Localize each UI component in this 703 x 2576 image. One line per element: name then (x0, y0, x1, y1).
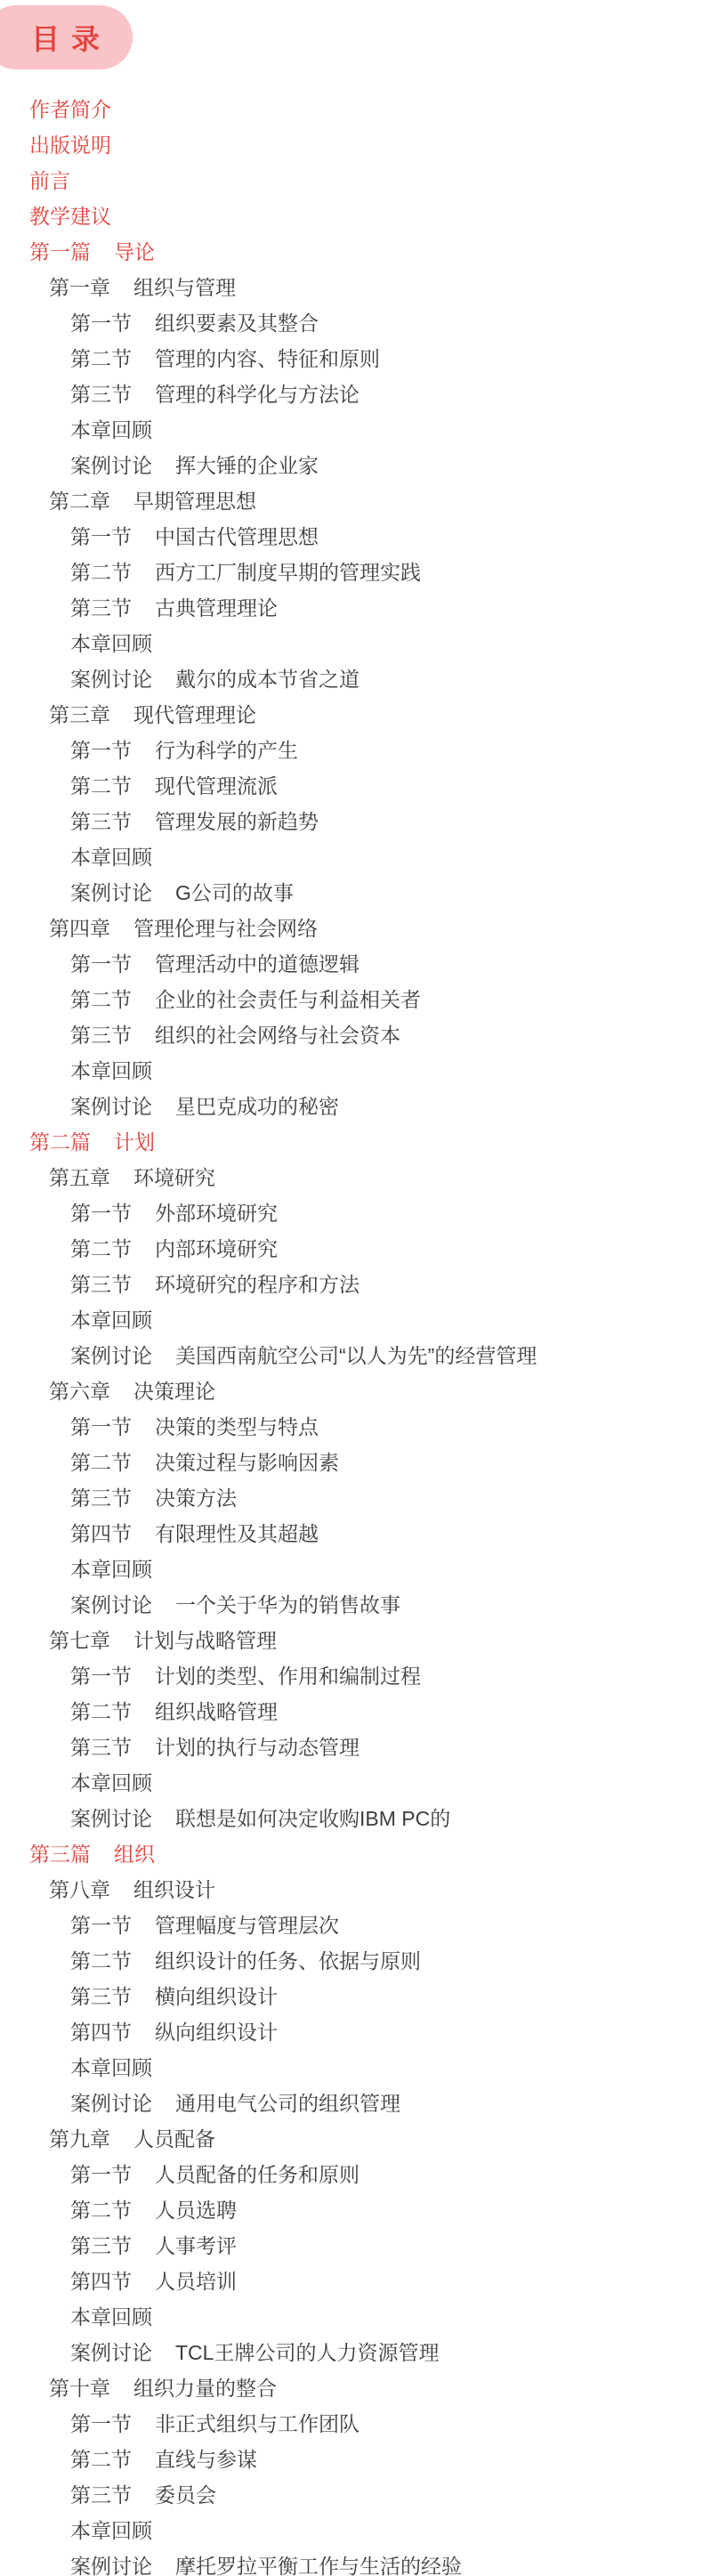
toc-item-part[interactable]: 第一篇导论 (0, 232, 703, 268)
toc-item-label: 第一节 (70, 521, 132, 550)
toc-item-chapter[interactable]: 第一章组织与管理 (0, 268, 703, 304)
toc-item-label: 第一节 (70, 1197, 132, 1227)
toc-item-section[interactable]: 第二节企业的社会责任与利益相关者 (0, 980, 703, 1016)
toc-item-label: 本章回顾 (70, 2515, 152, 2544)
toc-item-label: 第二篇 (29, 1126, 91, 1155)
toc-item-label: 本章回顾 (70, 1055, 152, 1084)
toc-item-label: 本章回顾 (70, 414, 152, 443)
toc-item-label: 出版说明 (29, 129, 111, 158)
toc-item-part[interactable]: 第二篇计划 (0, 1122, 703, 1158)
toc-item-title: 决策的类型与特点 (155, 1411, 319, 1440)
toc-item-section[interactable]: 第四节纵向组织设计 (0, 2013, 703, 2048)
toc-item-chapter[interactable]: 第五章环境研究 (0, 1158, 703, 1194)
toc-item-title: 古典管理理论 (155, 592, 278, 621)
toc-item-title: 决策方法 (155, 1482, 237, 1511)
toc-item-title: 管理发展的新趋势 (155, 806, 319, 835)
toc-item-label: 第三节 (70, 1482, 132, 1511)
toc-item-label: 教学建议 (29, 200, 111, 230)
toc-item-section[interactable]: 第三节组织的社会网络与社会资本 (0, 1016, 703, 1051)
toc-item-label: 案例讨论 (70, 663, 152, 693)
toc-item-label: 第九章 (49, 2123, 110, 2152)
toc-item-review[interactable]: 本章回顾 (0, 624, 703, 660)
toc-item-label: 第二节 (70, 556, 132, 586)
toc-item-label: 案例讨论 (70, 877, 152, 906)
toc-item-label: 第四节 (70, 1518, 132, 1547)
toc-item-front[interactable]: 教学建议 (0, 197, 703, 232)
toc-item-title: 计划与战略管理 (133, 1624, 277, 1654)
toc-item-title: 外部环境研究 (155, 1197, 278, 1227)
toc-item-label: 本章回顾 (70, 841, 152, 871)
toc-item-title: 管理幅度与管理层次 (155, 1909, 339, 1939)
toc-item-section[interactable]: 第一节中国古代管理思想 (0, 517, 703, 553)
toc-item-label: 第三节 (70, 2230, 132, 2259)
toc-item-label: 第十章 (49, 2372, 110, 2402)
toc-item-title: 行为科学的产生 (155, 734, 298, 764)
toc-item-review[interactable]: 本章回顾 (0, 1300, 703, 1336)
toc-item-label: 第二节 (70, 2443, 132, 2473)
toc-item-label: 第二节 (70, 1696, 132, 1725)
toc-item-section[interactable]: 第三节计划的执行与动态管理 (0, 1728, 703, 1763)
toc-item-label: 本章回顾 (70, 1304, 152, 1333)
toc-item-part[interactable]: 第三篇组织 (0, 1835, 703, 1870)
toc-item-case[interactable]: 案例讨论星巴克成功的秘密 (0, 1087, 703, 1122)
toc-item-label: 第一节 (70, 1909, 132, 1939)
toc-item-title: 计划 (114, 1126, 155, 1155)
toc-item-title: 戴尔的成本节省之道 (175, 663, 360, 693)
toc-item-section[interactable]: 第一节管理活动中的道德逻辑 (0, 944, 703, 980)
toc-item-label: 作者简介 (29, 93, 111, 123)
toc-item-review[interactable]: 本章回顾 (0, 1051, 703, 1087)
toc-item-title: 组织设计的任务、依据与原则 (155, 1945, 421, 1974)
toc-item-section[interactable]: 第二节组织战略管理 (0, 1692, 703, 1728)
toc-item-section[interactable]: 第一节管理幅度与管理层次 (0, 1906, 703, 1941)
toc-item-label: 第四章 (49, 912, 110, 942)
toc-item-title: 人员选聘 (155, 2194, 237, 2224)
toc-item-label: 第一节 (70, 2408, 132, 2437)
toc-item-label: 第四节 (70, 2265, 132, 2295)
toc-item-front[interactable]: 出版说明 (0, 126, 703, 161)
toc-item-case[interactable]: 案例讨论联想是如何决定收购IBM PC的 (0, 1799, 703, 1835)
toc-item-section[interactable]: 第一节非正式组织与工作团队 (0, 2404, 703, 2440)
toc-item-label: 第二章 (49, 485, 110, 514)
toc-item-label: 案例讨论 (70, 2087, 152, 2117)
toc-item-label: 案例讨论 (70, 2550, 152, 2576)
toc-item-section[interactable]: 第一节行为科学的产生 (0, 731, 703, 766)
toc-item-section[interactable]: 第二节现代管理流派 (0, 766, 703, 802)
toc-item-review[interactable]: 本章回顾 (0, 2048, 703, 2084)
toc-item-label: 本章回顾 (70, 2301, 152, 2330)
toc-item-chapter[interactable]: 第七章计划与战略管理 (0, 1621, 703, 1657)
toc-item-title: 现代管理理论 (133, 699, 256, 728)
toc-item-review[interactable]: 本章回顾 (0, 1550, 703, 1585)
toc-item-title: 通用电气公司的组织管理 (175, 2087, 400, 2117)
toc-item-label: 第三节 (70, 1981, 132, 2010)
toc-item-review[interactable]: 本章回顾 (0, 2297, 703, 2333)
toc-item-title: 导论 (114, 236, 155, 265)
toc-item-label: 第二节 (70, 1446, 132, 1476)
toc-item-title: 管理的内容、特征和原则 (155, 343, 380, 372)
toc-item-title: 有限理性及其超越 (155, 1518, 319, 1547)
toc-item-section[interactable]: 第一节外部环境研究 (0, 1194, 703, 1229)
toc-item-label: 第二节 (70, 343, 132, 372)
toc-item-case[interactable]: 案例讨论戴尔的成本节省之道 (0, 660, 703, 695)
toc-item-label: 第一节 (70, 307, 132, 336)
toc-item-section[interactable]: 第一节组织要素及其整合 (0, 304, 703, 339)
toc-item-section[interactable]: 第二节西方工厂制度早期的管理实践 (0, 553, 703, 588)
toc-item-section[interactable]: 第一节决策的类型与特点 (0, 1407, 703, 1443)
toc-item-title: 组织要素及其整合 (155, 307, 319, 336)
toc-item-title: 美国西南航空公司“以人为先”的经营管理 (175, 1340, 537, 1369)
toc-item-title: 组织 (114, 1838, 155, 1867)
toc-item-label: 第一节 (70, 1660, 132, 1689)
toc-item-chapter[interactable]: 第十章组织力量的整合 (0, 2369, 703, 2404)
toc-item-section[interactable]: 第二节直线与参谋 (0, 2440, 703, 2475)
toc-item-section[interactable]: 第二节决策过程与影响因素 (0, 1443, 703, 1478)
toc-item-title: 组织设计 (133, 1874, 215, 1903)
toc-item-label: 案例讨论 (70, 1589, 152, 1618)
toc-item-label: 第一节 (70, 1411, 132, 1440)
toc-item-chapter[interactable]: 第三章现代管理理论 (0, 695, 703, 731)
toc-item-chapter[interactable]: 第八章组织设计 (0, 1870, 703, 1906)
toc-item-label: 第三节 (70, 592, 132, 621)
toc-item-front[interactable]: 作者简介 (0, 90, 703, 126)
toc-item-title: 联想是如何决定收购IBM PC的 (175, 1802, 450, 1832)
toc-item-label: 本章回顾 (70, 628, 152, 657)
toc-title-badge: 目 录 (0, 5, 133, 69)
toc-item-title: 直线与参谋 (155, 2443, 257, 2473)
toc-item-label: 案例讨论 (70, 450, 152, 479)
toc-item-title: 人员培训 (155, 2265, 237, 2295)
toc-item-label: 第三节 (70, 2479, 132, 2508)
toc-item-section[interactable]: 第二节管理的内容、特征和原则 (0, 339, 703, 375)
toc-item-label: 第二节 (70, 770, 132, 799)
toc-item-chapter[interactable]: 第四章管理伦理与社会网络 (0, 909, 703, 944)
toc-item-case[interactable]: 案例讨论美国西南航空公司“以人为先”的经营管理 (0, 1336, 703, 1372)
toc-item-label: 第一章 (49, 271, 110, 301)
toc-item-label: 第七章 (49, 1624, 110, 1654)
toc-item-title: 内部环境研究 (155, 1233, 278, 1262)
toc-item-review[interactable]: 本章回顾 (0, 410, 703, 446)
toc-item-label: 第二节 (70, 1233, 132, 1262)
toc-item-title: 决策理论 (133, 1375, 215, 1405)
toc-item-label: 第一节 (70, 734, 132, 764)
toc-item-section[interactable]: 第二节人员选聘 (0, 2191, 703, 2226)
toc-item-label: 案例讨论 (70, 1802, 152, 1832)
toc-item-title: 挥大锤的企业家 (175, 450, 319, 479)
toc-item-label: 第三节 (70, 1731, 132, 1761)
toc-item-title: 早期管理思想 (133, 485, 256, 514)
toc-item-section[interactable]: 第三节古典管理理论 (0, 588, 703, 624)
toc-item-section[interactable]: 第三节委员会 (0, 2475, 703, 2511)
toc-item-title: 现代管理流派 (155, 770, 278, 799)
toc-item-review[interactable]: 本章回顾 (0, 838, 703, 873)
toc-item-label: 第三章 (49, 699, 110, 728)
toc-item-label: 案例讨论 (70, 1340, 152, 1369)
toc-item-case[interactable]: 案例讨论摩托罗拉平衡工作与生活的经验 (0, 2547, 703, 2576)
toc-item-label: 案例讨论 (70, 2337, 152, 2366)
toc-item-title: 人员配备 (133, 2123, 215, 2152)
toc-item-title: 环境研究 (133, 1162, 215, 1191)
toc-item-chapter[interactable]: 第六章决策理论 (0, 1372, 703, 1407)
toc-item-title: 管理活动中的道德逻辑 (155, 948, 360, 977)
toc-item-label: 第二节 (70, 1945, 132, 1974)
toc-item-title: 企业的社会责任与利益相关者 (155, 984, 421, 1013)
toc-item-label: 前言 (29, 165, 70, 194)
toc-item-section[interactable]: 第二节组织设计的任务、依据与原则 (0, 1941, 703, 1977)
toc-item-title: 星巴克成功的秘密 (175, 1090, 339, 1120)
toc-item-label: 案例讨论 (70, 1090, 152, 1120)
toc-item-case[interactable]: 案例讨论G公司的故事 (0, 873, 703, 909)
toc-item-title: 中国古代管理思想 (155, 521, 319, 550)
toc-item-section[interactable]: 第一节人员配备的任务和原则 (0, 2155, 703, 2191)
toc-item-chapter[interactable]: 第二章早期管理思想 (0, 482, 703, 517)
toc-item-section[interactable]: 第一节计划的类型、作用和编制过程 (0, 1657, 703, 1692)
toc-item-label: 本章回顾 (70, 2052, 152, 2081)
toc-item-title: 计划的执行与动态管理 (155, 1731, 360, 1761)
toc-item-case[interactable]: 案例讨论挥大锤的企业家 (0, 446, 703, 482)
toc-item-title: 组织战略管理 (155, 1696, 278, 1725)
toc-item-case[interactable]: 案例讨论通用电气公司的组织管理 (0, 2084, 703, 2119)
toc-item-title: TCL王牌公司的人力资源管理 (175, 2337, 439, 2366)
toc-item-section[interactable]: 第三节环境研究的程序和方法 (0, 1265, 703, 1300)
toc-item-title: 人事考评 (155, 2230, 237, 2259)
toc-list: 作者简介出版说明前言教学建议第一篇导论第一章组织与管理第一节组织要素及其整合第二… (0, 90, 703, 2576)
toc-item-title: 一个关于华为的销售故事 (175, 1589, 400, 1618)
toc-item-label: 第四节 (70, 2016, 132, 2045)
toc-item-section[interactable]: 第三节决策方法 (0, 1478, 703, 1514)
toc-item-label: 本章回顾 (70, 1553, 152, 1583)
toc-item-section[interactable]: 第三节管理的科学化与方法论 (0, 375, 703, 410)
toc-item-front[interactable]: 前言 (0, 161, 703, 197)
toc-item-title: 决策过程与影响因素 (155, 1446, 339, 1476)
toc-item-title: G公司的故事 (175, 877, 294, 906)
toc-item-title: 环境研究的程序和方法 (155, 1268, 360, 1298)
toc-item-title: 计划的类型、作用和编制过程 (155, 1660, 421, 1689)
toc-item-label: 第一节 (70, 2159, 132, 2188)
toc-item-title: 组织的社会网络与社会资本 (155, 1019, 400, 1049)
toc-item-section[interactable]: 第三节管理发展的新趋势 (0, 802, 703, 838)
toc-item-label: 第一篇 (29, 236, 91, 265)
toc-item-review[interactable]: 本章回顾 (0, 2511, 703, 2547)
toc-item-title: 组织与管理 (133, 271, 236, 301)
toc-item-label: 第五章 (49, 1162, 110, 1191)
toc-item-title: 委员会 (155, 2479, 216, 2508)
toc-item-label: 本章回顾 (70, 1767, 152, 1796)
toc-item-title: 组织力量的整合 (133, 2372, 277, 2402)
toc-item-section[interactable]: 第二节内部环境研究 (0, 1229, 703, 1265)
toc-item-case[interactable]: 案例讨论TCL王牌公司的人力资源管理 (0, 2333, 703, 2369)
toc-item-title: 西方工厂制度早期的管理实践 (155, 556, 421, 586)
toc-item-title: 非正式组织与工作团队 (155, 2408, 360, 2437)
toc-item-section[interactable]: 第四节人员培训 (0, 2262, 703, 2297)
toc-item-review[interactable]: 本章回顾 (0, 1763, 703, 1799)
toc-item-title: 管理伦理与社会网络 (133, 912, 318, 942)
toc-item-label: 第三节 (70, 1019, 132, 1049)
toc-item-label: 第三篇 (29, 1838, 91, 1867)
toc-item-label: 第一节 (70, 948, 132, 977)
toc-item-label: 第三节 (70, 1268, 132, 1298)
toc-item-section[interactable]: 第三节横向组织设计 (0, 1977, 703, 2013)
toc-item-title: 人员配备的任务和原则 (155, 2159, 360, 2188)
toc-item-title: 横向组织设计 (155, 1981, 278, 2010)
toc-item-title: 摩托罗拉平衡工作与生活的经验 (175, 2550, 462, 2576)
toc-item-label: 第二节 (70, 984, 132, 1013)
toc-item-case[interactable]: 案例讨论一个关于华为的销售故事 (0, 1585, 703, 1621)
toc-item-label: 第二节 (70, 2194, 132, 2224)
toc-item-section[interactable]: 第三节人事考评 (0, 2226, 703, 2262)
toc-item-label: 第三节 (70, 806, 132, 835)
toc-item-label: 第三节 (70, 378, 132, 408)
toc-item-title: 纵向组织设计 (155, 2016, 278, 2045)
toc-item-title: 管理的科学化与方法论 (155, 378, 360, 408)
toc-title: 目 录 (31, 17, 101, 58)
toc-item-chapter[interactable]: 第九章人员配备 (0, 2119, 703, 2155)
toc-item-section[interactable]: 第四节有限理性及其超越 (0, 1514, 703, 1550)
toc-item-label: 第六章 (49, 1375, 110, 1405)
toc-item-label: 第八章 (49, 1874, 110, 1903)
